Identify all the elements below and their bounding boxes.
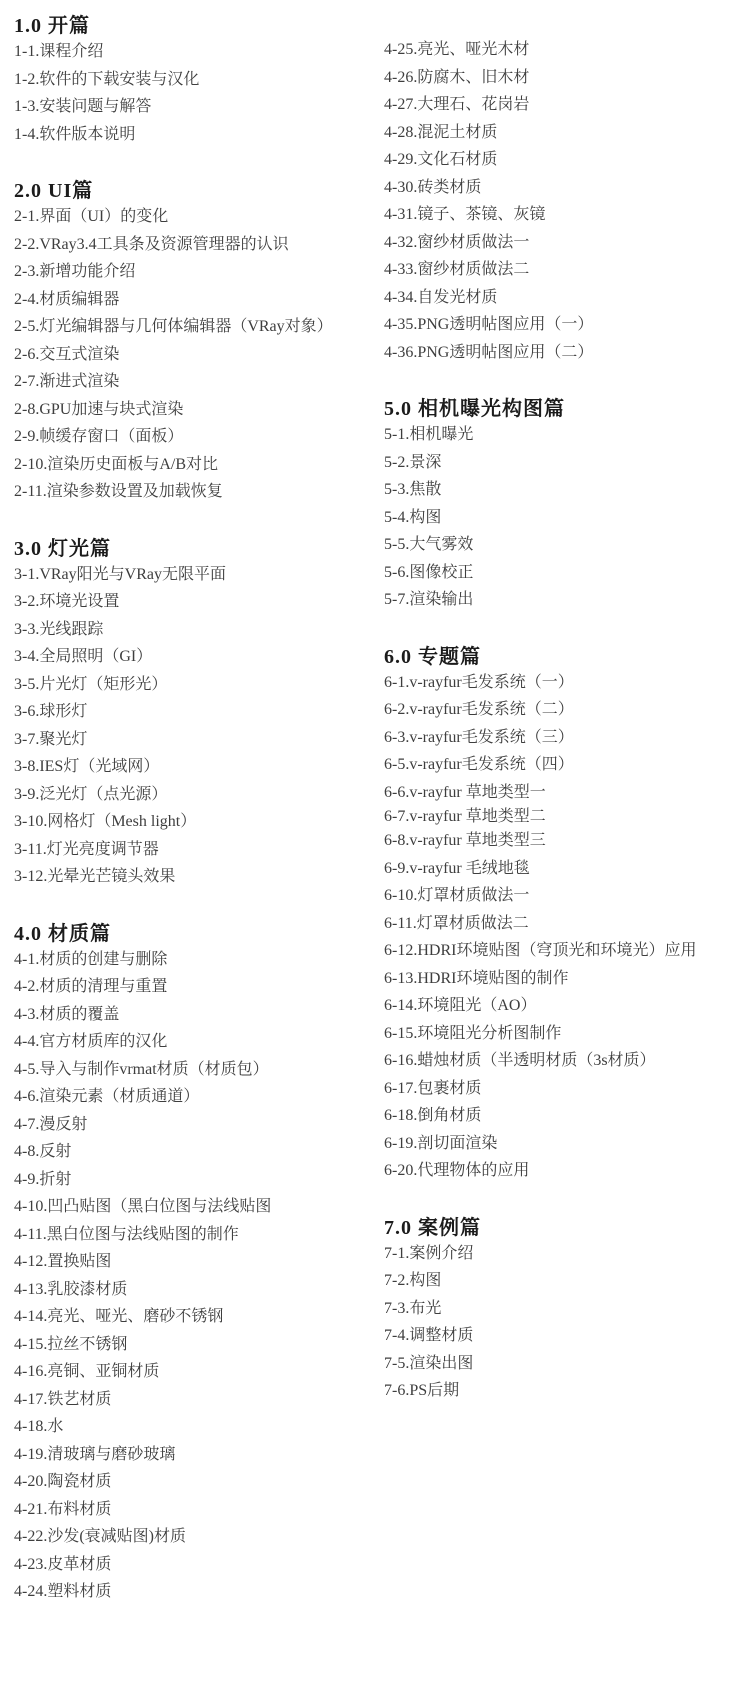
toc-item: 4-20.陶瓷材质: [14, 1468, 378, 1496]
toc-item: 4-21.布料材质: [14, 1496, 378, 1524]
toc-item: 2-11.渲染参数设置及加载恢复: [14, 478, 378, 506]
toc-item: 6-16.蜡烛材质（半透明材质（3s材质）: [384, 1047, 756, 1075]
toc-item: 4-12.置换贴图: [14, 1248, 378, 1276]
toc-item: 6-11.灯罩材质做法二: [384, 910, 756, 938]
toc-item: 5-6.图像校正: [384, 559, 756, 587]
toc-item: 6-6.v-rayfur 草地类型一: [384, 779, 756, 807]
course-outline-document: 1.0 开篇1-1.课程介绍1-2.软件的下载安装与汉化1-3.安装问题与解答1…: [0, 0, 756, 1684]
toc-item: 4-10.凹凸贴图（黑白位图与法线贴图: [14, 1193, 378, 1221]
toc-item: 4-25.亮光、哑光木材: [384, 36, 756, 64]
toc-item: 4-3.材质的覆盖: [14, 1001, 378, 1029]
toc-item: 4-31.镜子、茶镜、灰镜: [384, 201, 756, 229]
toc-item: 3-7.聚光灯: [14, 726, 378, 754]
toc-item: 6-5.v-rayfur毛发系统（四）: [384, 751, 756, 779]
toc-item: 3-5.片光灯（矩形光）: [14, 671, 378, 699]
toc-item: 4-19.清玻璃与磨砂玻璃: [14, 1441, 378, 1469]
toc-item: 6-10.灯罩材质做法一: [384, 882, 756, 910]
toc-item: 7-6.PS后期: [384, 1377, 756, 1405]
toc-item: 4-33.窗纱材质做法二: [384, 256, 756, 284]
toc-item: 2-4.材质编辑器: [14, 286, 378, 314]
toc-item: 3-12.光晕光芒镜头效果: [14, 863, 378, 891]
toc-item: 5-5.大气雾效: [384, 531, 756, 559]
section-heading: 2.0 UI篇: [14, 179, 378, 203]
toc-item: 4-13.乳胶漆材质: [14, 1276, 378, 1304]
toc-item: 6-19.剖切面渲染: [384, 1130, 756, 1158]
toc-item: 4-8.反射: [14, 1138, 378, 1166]
toc-item: 7-3.布光: [384, 1295, 756, 1323]
toc-item: 4-29.文化石材质: [384, 146, 756, 174]
toc-item: 4-35.PNG透明帖图应用（一）: [384, 311, 756, 339]
toc-section: 2.0 UI篇2-1.界面（UI）的变化2-2.VRay3.4工具条及资源管理器…: [14, 179, 378, 506]
toc-item: 6-14.环境阻光（AO）: [384, 992, 756, 1020]
toc-item: 1-4.软件版本说明: [14, 121, 378, 149]
toc-item: 2-8.GPU加速与块式渲染: [14, 396, 378, 424]
toc-item: 3-10.网格灯（Mesh light）: [14, 808, 378, 836]
toc-item: 4-1.材质的创建与删除: [14, 946, 378, 974]
toc-item: 3-4.全局照明（GI）: [14, 643, 378, 671]
toc-item: 6-3.v-rayfur毛发系统（三）: [384, 724, 756, 752]
toc-item: 4-23.皮革材质: [14, 1551, 378, 1579]
toc-item: 2-6.交互式渲染: [14, 341, 378, 369]
toc-item: 6-12.HDRI环境贴图（穹顶光和环境光）应用: [384, 937, 756, 965]
toc-item: 2-3.新增功能介绍: [14, 258, 378, 286]
toc-item: 4-32.窗纱材质做法一: [384, 229, 756, 257]
toc-item: 4-30.砖类材质: [384, 174, 756, 202]
toc-item: 4-24.塑料材质: [14, 1578, 378, 1606]
toc-section: 4.0 材质篇4-1.材质的创建与删除4-2.材质的清理与重置4-3.材质的覆盖…: [14, 922, 378, 1606]
toc-item: 4-2.材质的清理与重置: [14, 973, 378, 1001]
toc-item: 4-28.混泥土材质: [384, 119, 756, 147]
toc-item: 2-5.灯光编辑器与几何体编辑器（VRay对象）: [14, 313, 378, 341]
toc-item: 6-13.HDRI环境贴图的制作: [384, 965, 756, 993]
toc-section: 5.0 相机曝光构图篇5-1.相机曝光5-2.景深5-3.焦散5-4.构图5-5…: [384, 397, 756, 614]
section-heading: 7.0 案例篇: [384, 1216, 756, 1240]
section-heading: 4.0 材质篇: [14, 922, 378, 946]
toc-item: 5-1.相机曝光: [384, 421, 756, 449]
toc-item: 4-17.铁艺材质: [14, 1386, 378, 1414]
toc-item: 3-3.光线跟踪: [14, 616, 378, 644]
toc-section: 7.0 案例篇7-1.案例介绍7-2.构图7-3.布光7-4.调整材质7-5.渲…: [384, 1216, 756, 1405]
toc-item: 2-2.VRay3.4工具条及资源管理器的认识: [14, 231, 378, 259]
toc-section: 4-25.亮光、哑光木材4-26.防腐木、旧木材4-27.大理石、花岗岩4-28…: [384, 36, 756, 366]
toc-item: 4-4.官方材质库的汉化: [14, 1028, 378, 1056]
toc-item: 6-18.倒角材质: [384, 1102, 756, 1130]
toc-item: 4-16.亮铜、亚铜材质: [14, 1358, 378, 1386]
toc-item: 2-7.渐进式渲染: [14, 368, 378, 396]
toc-item: 4-7.漫反射: [14, 1111, 378, 1139]
toc-item: 7-2.构图: [384, 1267, 756, 1295]
toc-item: 2-9.帧缓存窗口（面板）: [14, 423, 378, 451]
toc-section: 3.0 灯光篇3-1.VRay阳光与VRay无限平面3-2.环境光设置3-3.光…: [14, 537, 378, 891]
toc-item: 2-1.界面（UI）的变化: [14, 203, 378, 231]
toc-item: 1-2.软件的下载安装与汉化: [14, 66, 378, 94]
toc-item: 6-17.包裹材质: [384, 1075, 756, 1103]
toc-item: 3-11.灯光亮度调节器: [14, 836, 378, 864]
toc-item: 4-34.自发光材质: [384, 284, 756, 312]
section-heading: 3.0 灯光篇: [14, 537, 378, 561]
toc-item: 7-4.调整材质: [384, 1322, 756, 1350]
toc-item: 5-2.景深: [384, 449, 756, 477]
toc-item: 2-10.渲染历史面板与A/B对比: [14, 451, 378, 479]
toc-item: 6-9.v-rayfur 毛绒地毯: [384, 855, 756, 883]
toc-item: 6-7.v-rayfur 草地类型二: [384, 806, 756, 827]
left-column: 1.0 开篇1-1.课程介绍1-2.软件的下载安装与汉化1-3.安装问题与解答1…: [0, 0, 378, 1684]
toc-item: 3-9.泛光灯（点光源）: [14, 781, 378, 809]
toc-item: 4-9.折射: [14, 1166, 378, 1194]
toc-item: 3-6.球形灯: [14, 698, 378, 726]
toc-item: 6-2.v-rayfur毛发系统（二）: [384, 696, 756, 724]
toc-item: 4-14.亮光、哑光、磨砂不锈钢: [14, 1303, 378, 1331]
toc-item: 7-5.渲染出图: [384, 1350, 756, 1378]
toc-item: 6-1.v-rayfur毛发系统（一）: [384, 669, 756, 697]
section-heading: 1.0 开篇: [14, 14, 378, 38]
toc-item: 5-4.构图: [384, 504, 756, 532]
toc-item: 6-8.v-rayfur 草地类型三: [384, 827, 756, 855]
toc-item: 5-7.渲染输出: [384, 586, 756, 614]
toc-item: 4-27.大理石、花岗岩: [384, 91, 756, 119]
right-column: 4-25.亮光、哑光木材4-26.防腐木、旧木材4-27.大理石、花岗岩4-28…: [378, 0, 756, 1684]
toc-item: 3-2.环境光设置: [14, 588, 378, 616]
toc-item: 1-1.课程介绍: [14, 38, 378, 66]
toc-item: 6-15.环境阻光分析图制作: [384, 1020, 756, 1048]
toc-item: 7-1.案例介绍: [384, 1240, 756, 1268]
toc-section: 6.0 专题篇6-1.v-rayfur毛发系统（一）6-2.v-rayfur毛发…: [384, 645, 756, 1185]
toc-item: 4-11.黑白位图与法线贴图的制作: [14, 1221, 378, 1249]
toc-section: 1.0 开篇1-1.课程介绍1-2.软件的下载安装与汉化1-3.安装问题与解答1…: [14, 14, 378, 148]
toc-item: 4-5.导入与制作vrmat材质（材质包）: [14, 1056, 378, 1084]
section-heading: 5.0 相机曝光构图篇: [384, 397, 756, 421]
toc-item: 4-6.渲染元素（材质通道）: [14, 1083, 378, 1111]
toc-item: 3-1.VRay阳光与VRay无限平面: [14, 561, 378, 589]
toc-item: 4-36.PNG透明帖图应用（二）: [384, 339, 756, 367]
toc-item: 1-3.安装问题与解答: [14, 93, 378, 121]
toc-item: 4-18.水: [14, 1413, 378, 1441]
toc-item: 4-15.拉丝不锈钢: [14, 1331, 378, 1359]
toc-item: 4-22.沙发(衰减贴图)材质: [14, 1523, 378, 1551]
section-heading: 6.0 专题篇: [384, 645, 756, 669]
toc-item: 3-8.IES灯（光域网）: [14, 753, 378, 781]
toc-item: 6-20.代理物体的应用: [384, 1157, 756, 1185]
toc-item: 4-26.防腐木、旧木材: [384, 64, 756, 92]
toc-item: 5-3.焦散: [384, 476, 756, 504]
